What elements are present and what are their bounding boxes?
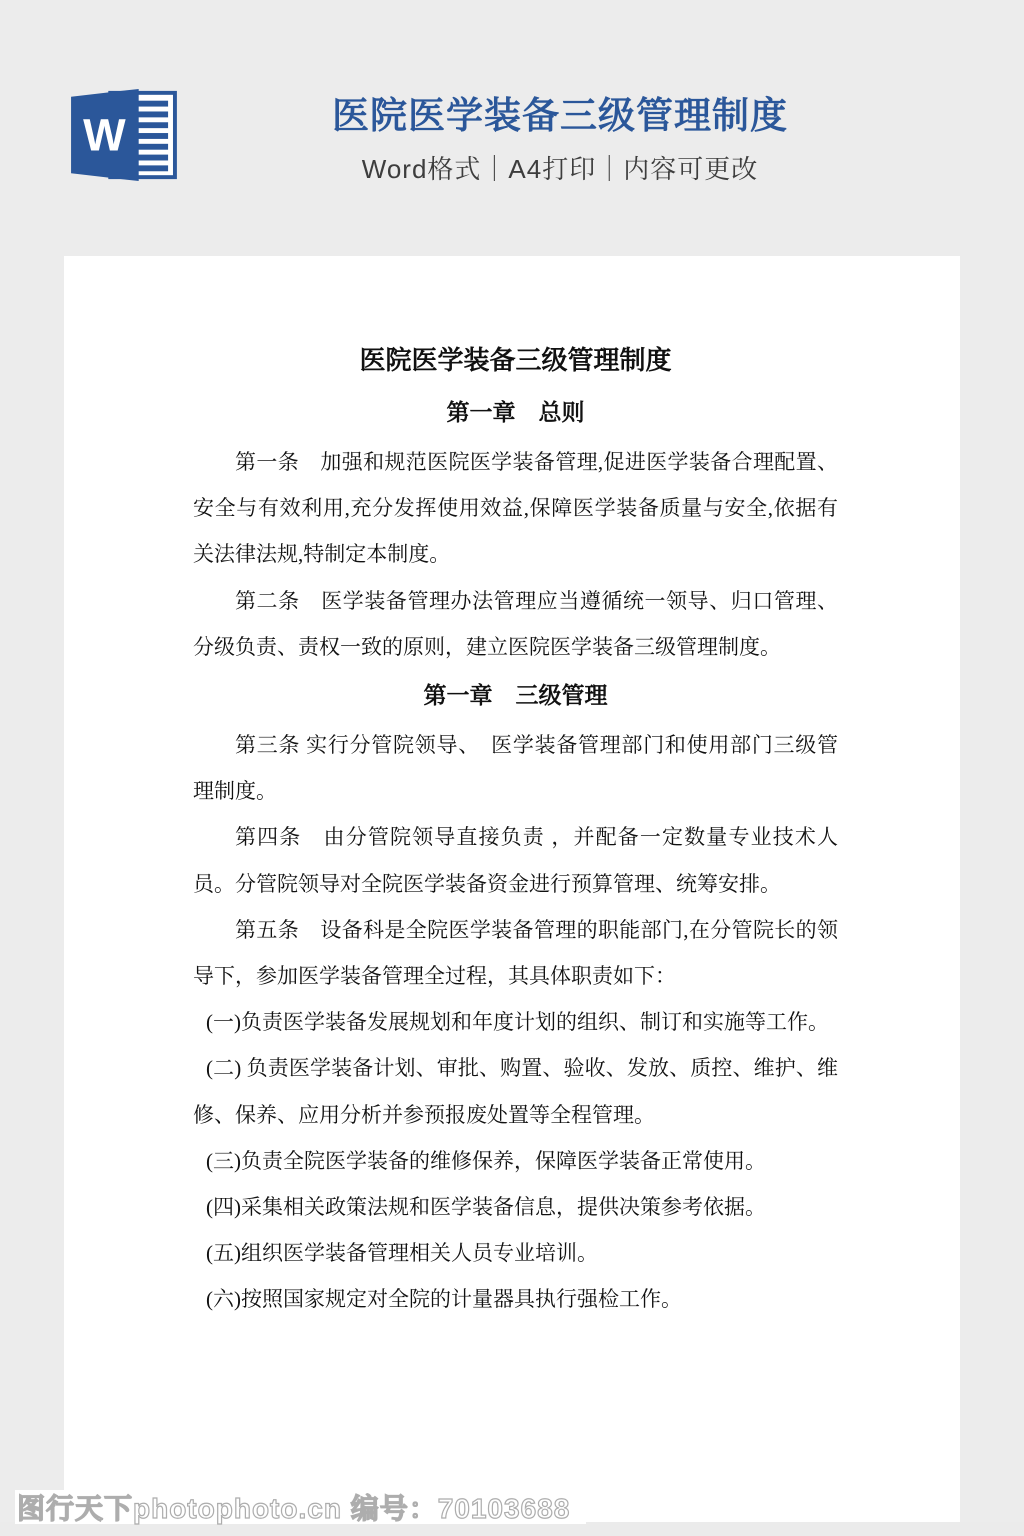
header-text-block: 医院医学装备三级管理制度 Word格式｜A4打印｜内容可更改	[96, 94, 1024, 186]
doc-section-heading: 第一章 总则	[193, 387, 838, 439]
doc-section-heading: 第一章 三级管理	[193, 670, 838, 722]
header: W 医院医学装备三级管理制度 Word格式｜A4打印｜内容可更改	[0, 84, 1024, 186]
doc-list-item: (六)按照国家规定对全院的计量器具执行强检工作。	[193, 1276, 838, 1322]
doc-list-item: (四)采集相关政策法规和医学装备信息，提供决策参考依据。	[193, 1184, 838, 1230]
doc-paragraph: 第一条 加强和规范医院医学装备管理,促进医学装备合理配置、安全与有效利用,充分发…	[193, 439, 838, 578]
word-icon-letter: W	[83, 110, 126, 161]
page-subtitle: Word格式｜A4打印｜内容可更改	[96, 152, 1024, 186]
page-title: 医院医学装备三级管理制度	[96, 94, 1024, 138]
doc-paragraph: 第四条 由分管院领导直接负责 ，并配备一定数量专业技术人员。分管院领导对全院医学…	[193, 814, 838, 906]
doc-paragraph: 第五条 设备科是全院医学装备管理的职能部门,在分管院长的领导下，参加医学装备管理…	[193, 907, 838, 999]
document-body: 第一章 总则第一条 加强和规范医院医学装备管理,促进医学装备合理配置、安全与有效…	[193, 387, 838, 1323]
document-content: 医院医学装备三级管理制度 第一章 总则第一条 加强和规范医院医学装备管理,促进医…	[64, 256, 960, 1323]
doc-paragraph: 第三条 实行分管院领导、 医学装备管理部门和使用部门三级管理制度。	[193, 722, 838, 814]
doc-list-item: (一)负责医学装备发展规划和年度计划的组织、制订和实施等工作。	[193, 999, 838, 1045]
doc-list-item: (二) 负责医学装备计划、审批、购置、验收、发放、质控、维护、维修、保养、应用分…	[193, 1045, 838, 1137]
document-page: 医院医学装备三级管理制度 第一章 总则第一条 加强和规范医院医学装备管理,促进医…	[64, 256, 960, 1522]
watermark-text: 图行天下photophoto.cn 编号：70103688	[17, 1487, 570, 1527]
doc-paragraph: 第二条 医学装备管理办法管理应当遵循统一领导、归口管理、分级负责、责权一致的原则…	[193, 578, 838, 670]
word-file-icon: W	[64, 86, 182, 184]
document-title: 医院医学装备三级管理制度	[193, 335, 838, 387]
watermark-bar: 图行天下photophoto.cn 编号：70103688	[15, 1490, 586, 1524]
doc-list-item: (三)负责全院医学装备的维修保养，保障医学装备正常使用。	[193, 1138, 838, 1184]
doc-list-item: (五)组织医学装备管理相关人员专业培训。	[193, 1230, 838, 1276]
